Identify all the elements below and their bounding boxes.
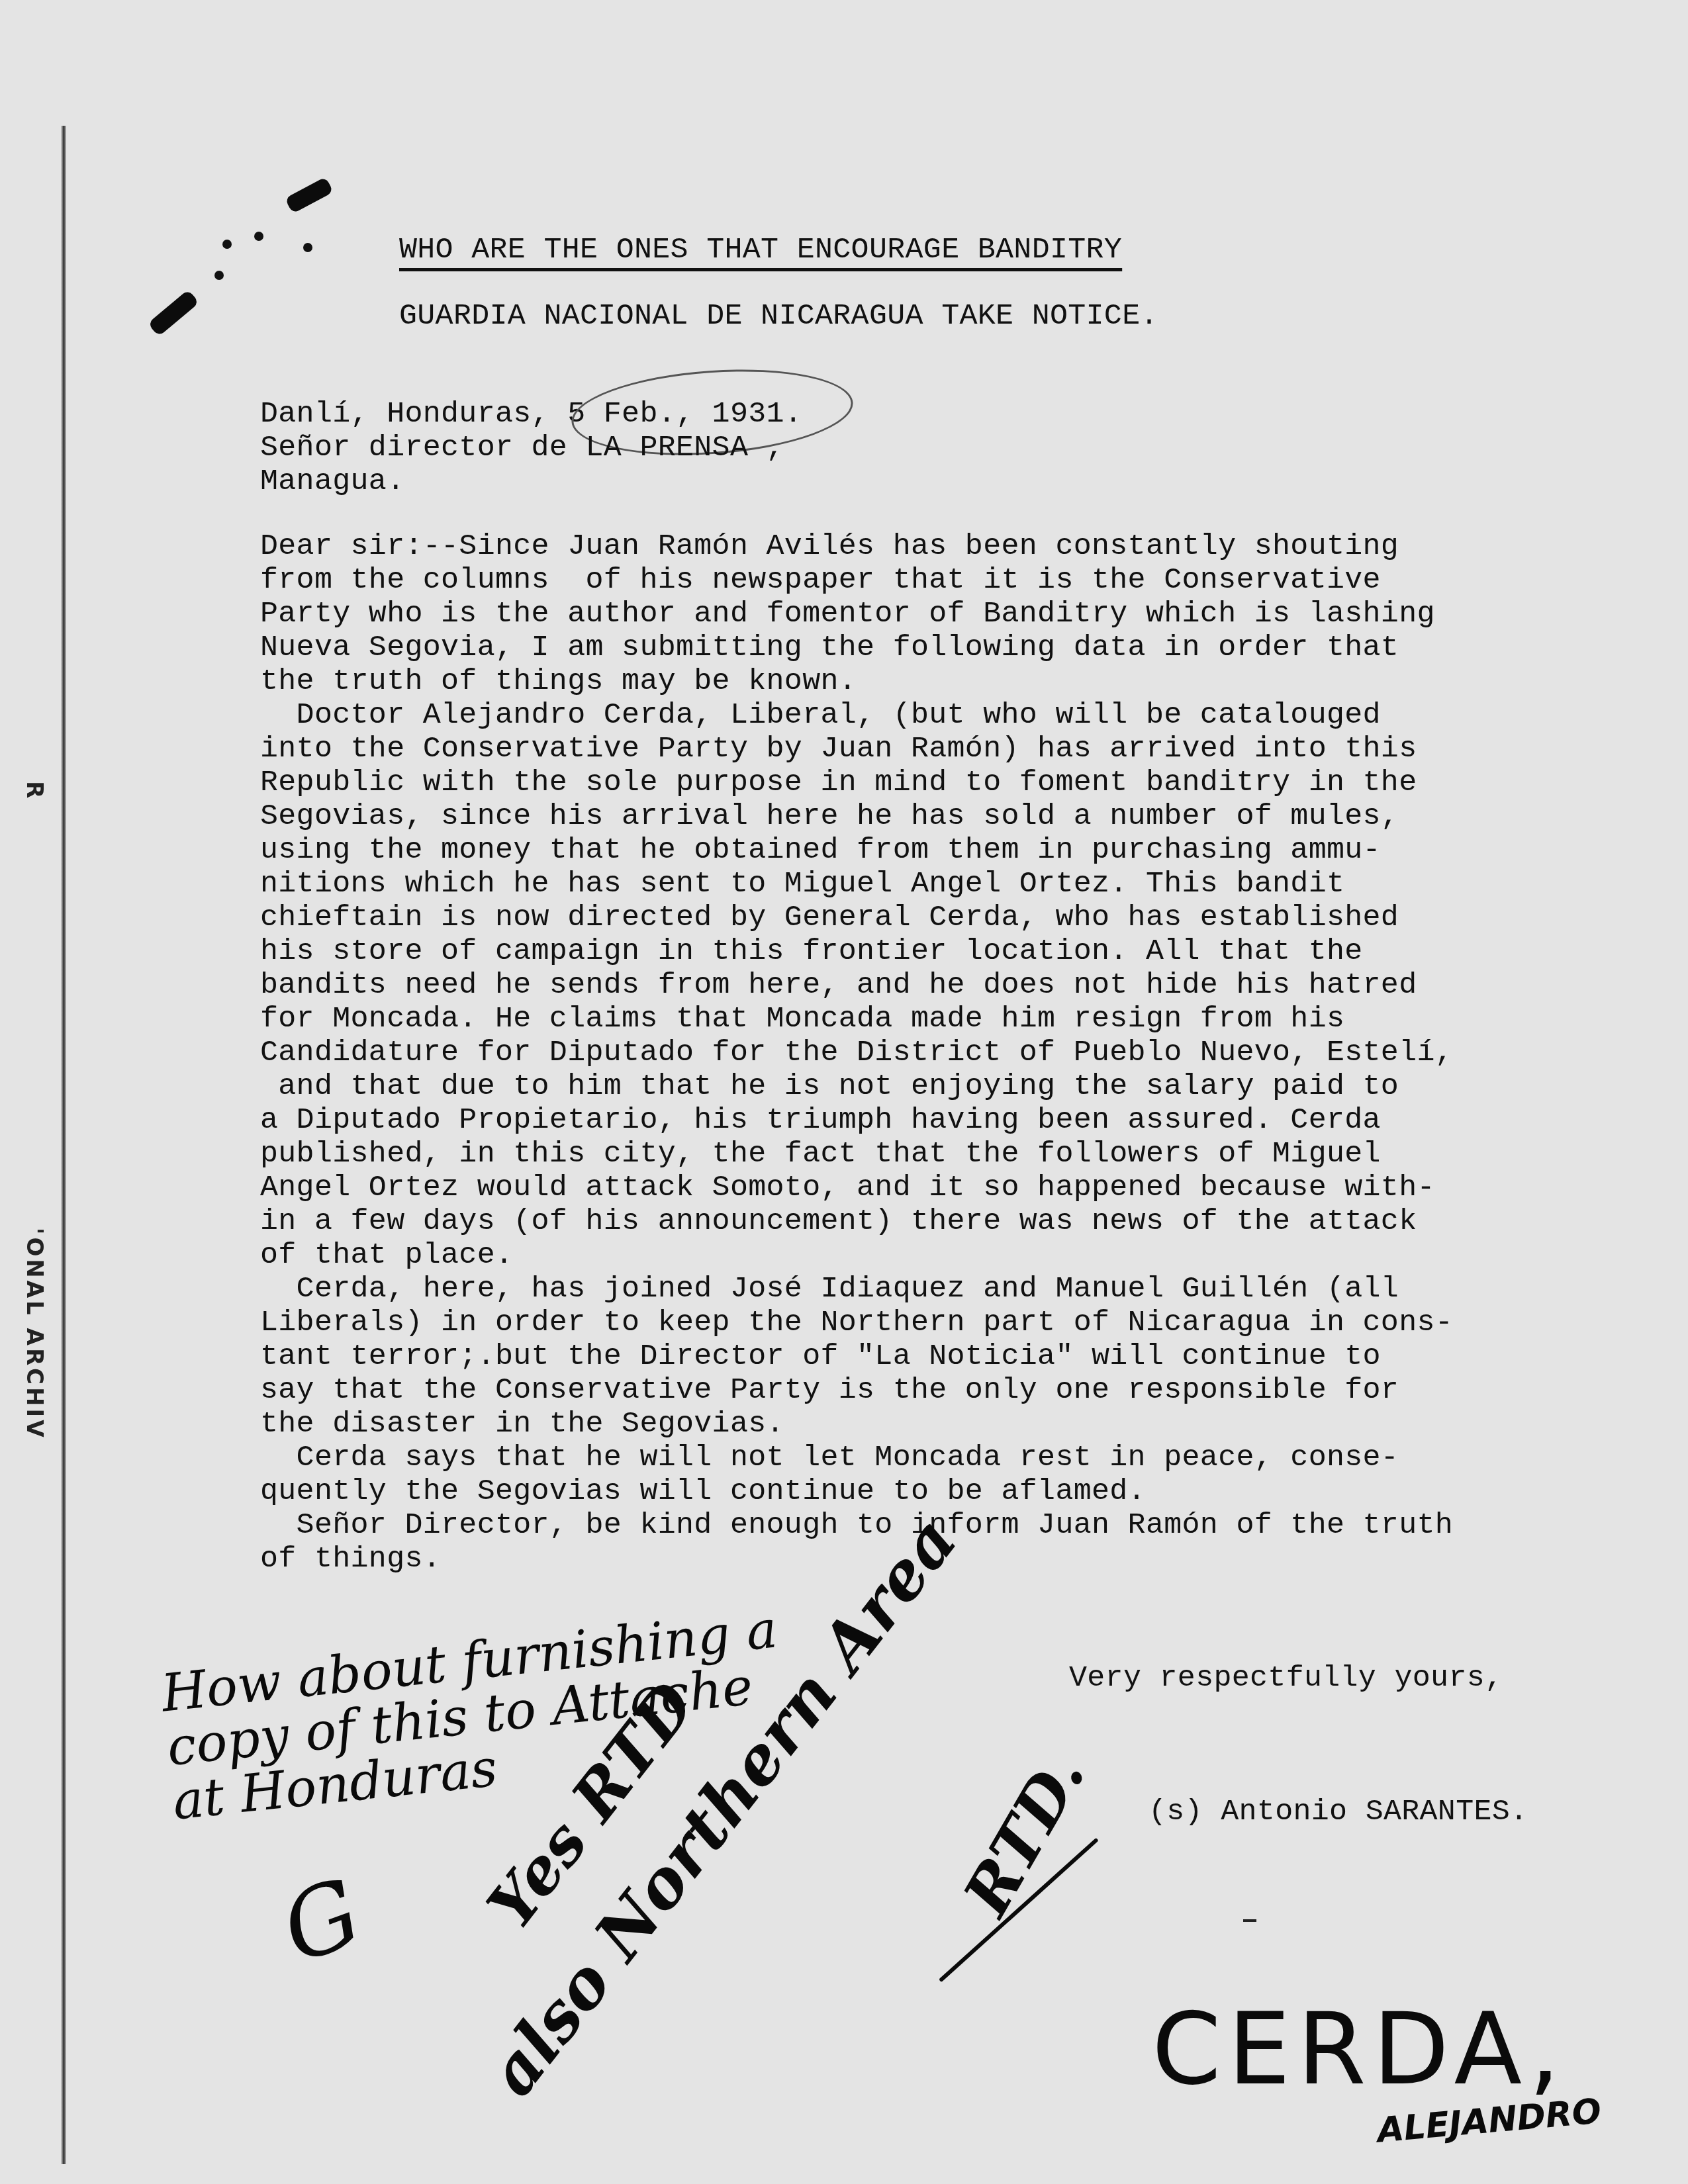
paragraph: Dear sir:--Since Juan Ramón Avilés has b… (260, 529, 1435, 698)
ink-dot (254, 232, 263, 241)
pen-mark (1243, 1919, 1256, 1922)
typed-signature: (s) Antonio SARANTES. (1149, 1795, 1528, 1829)
paragraph: Cerda, here, has joined José Idiaquez an… (260, 1272, 1453, 1441)
handwritten-initial: G (270, 1863, 373, 1979)
headline: WHO ARE THE ONES THAT ENCOURAGE BANDITRY (399, 233, 1122, 267)
subheadline: GUARDIA NACIONAL DE NICARAGUA TAKE NOTIC… (399, 299, 1158, 333)
closing: Very respectfully yours, (1069, 1661, 1503, 1695)
margin-stamp-archive: 'ONAL ARCHIV (21, 1228, 48, 1439)
letter-body: Dear sir:--Since Juan Ramón Avilés has b… (260, 529, 1453, 1576)
recipient-city: Managua. (260, 465, 404, 498)
page-edge-shadow (61, 126, 66, 2164)
paragraph: Doctor Alejandro Cerda, Liberal, (but wh… (260, 698, 1453, 1272)
paragraph: Señor Director, be kind enough to inform… (260, 1508, 1453, 1576)
ink-dot (222, 240, 232, 249)
ink-mark (285, 177, 334, 214)
dateline-place: Danlí, Honduras, (260, 397, 549, 431)
recipient: Señor director de LA PRENSA , (260, 431, 784, 465)
scanned-document-page: R 'ONAL ARCHIV WHO ARE THE ONES THAT ENC… (0, 0, 1688, 2184)
paragraph: Cerda says that he will not let Moncada … (260, 1441, 1399, 1508)
handwritten-name-large: CERDA, (1152, 1992, 1567, 2107)
ink-mark (148, 289, 199, 336)
margin-stamp-r: R (21, 781, 48, 801)
ink-dot (303, 243, 312, 252)
ink-dot (214, 271, 224, 280)
handwritten-initials: RTD. (953, 1744, 1096, 1926)
